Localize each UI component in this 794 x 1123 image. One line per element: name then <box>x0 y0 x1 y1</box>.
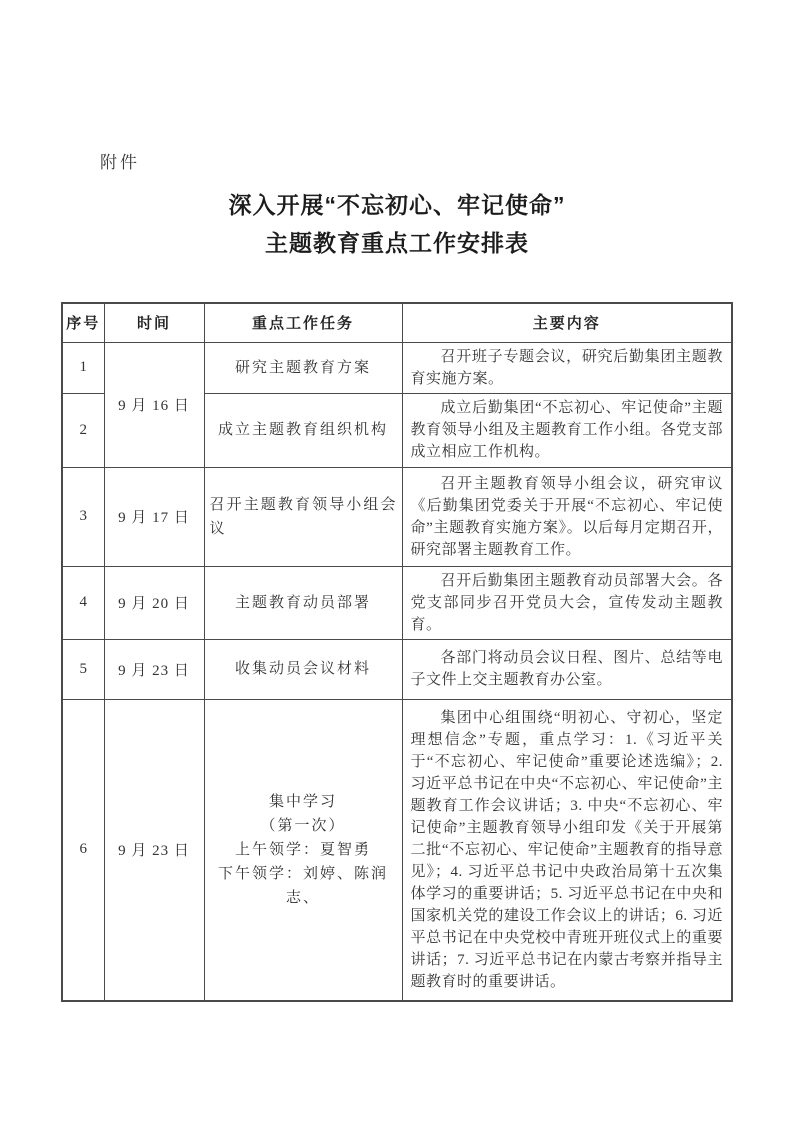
header-task: 重点工作任务 <box>204 303 402 342</box>
cell-content: 召开后勤集团主题教育动员部署大会。各党支部同步召开党员大会，宣传发动主题教育。 <box>402 566 732 639</box>
task-line-morning-leader: 上午领学：夏智勇 <box>210 838 397 862</box>
cell-content: 集团中心组围绕“明初心、守初心，坚定理想信念”专题，重点学习：1.《习近平关于“… <box>402 699 732 1001</box>
cell-task: 集中学习 （第一次） 上午领学：夏智勇 下午领学：刘婷、陈润志、 <box>204 699 402 1001</box>
title-line-1: 深入开展“不忘初心、牢记使命” <box>0 186 794 224</box>
header-time: 时间 <box>104 303 204 342</box>
table-header-row: 序号 时间 重点工作任务 主要内容 <box>62 303 732 342</box>
table-row: 3 9 月 17 日 召开主题教育领导小组会议 召开主题教育领导小组会议，研究审… <box>62 467 732 566</box>
cell-no: 5 <box>62 639 104 699</box>
task-line-session: （第一次） <box>210 814 397 838</box>
cell-no: 3 <box>62 467 104 566</box>
cell-task: 召开主题教育领导小组会议 <box>204 467 402 566</box>
cell-date: 9 月 20 日 <box>104 566 204 639</box>
cell-no: 1 <box>62 342 104 393</box>
cell-task: 研究主题教育方案 <box>204 342 402 393</box>
cell-no: 6 <box>62 699 104 1001</box>
cell-content: 成立后勤集团“不忘初心、牢记使命”主题教育领导小组及主题教育工作小组。各党支部成… <box>402 393 732 467</box>
table-row: 5 9 月 23 日 收集动员会议材料 各部门将动员会议日程、图片、总结等电子文… <box>62 639 732 699</box>
cell-content: 召开班子专题会议，研究后勤集团主题教育实施方案。 <box>402 342 732 393</box>
document-title: 深入开展“不忘初心、牢记使命” 主题教育重点工作安排表 <box>0 186 794 262</box>
cell-task: 主题教育动员部署 <box>204 566 402 639</box>
cell-no: 2 <box>62 393 104 467</box>
cell-date: 9 月 23 日 <box>104 639 204 699</box>
cell-date-merged: 9 月 16 日 <box>104 342 204 467</box>
cell-task: 成立主题教育组织机构 <box>204 393 402 467</box>
cell-task: 收集动员会议材料 <box>204 639 402 699</box>
cell-content: 召开主题教育领导小组会议，研究审议《后勤集团党委关于开展“不忘初心、牢记使命”主… <box>402 467 732 566</box>
table-row: 6 9 月 23 日 集中学习 （第一次） 上午领学：夏智勇 下午领学：刘婷、陈… <box>62 699 732 1001</box>
cell-date: 9 月 23 日 <box>104 699 204 1001</box>
table-row: 1 9 月 16 日 研究主题教育方案 召开班子专题会议，研究后勤集团主题教育实… <box>62 342 732 393</box>
header-no: 序号 <box>62 303 104 342</box>
cell-no: 4 <box>62 566 104 639</box>
cell-content: 各部门将动员会议日程、图片、总结等电子文件上交主题教育办公室。 <box>402 639 732 699</box>
cell-date: 9 月 17 日 <box>104 467 204 566</box>
task-line-afternoon-leader: 下午领学：刘婷、陈润志、 <box>210 862 397 910</box>
header-content: 主要内容 <box>402 303 732 342</box>
document-page: 附件 深入开展“不忘初心、牢记使命” 主题教育重点工作安排表 序号 时间 重点工… <box>0 0 794 1123</box>
task-line-study: 集中学习 <box>210 790 397 814</box>
table-row: 4 9 月 20 日 主题教育动员部署 召开后勤集团主题教育动员部署大会。各党支… <box>62 566 732 639</box>
title-line-2: 主题教育重点工作安排表 <box>0 224 794 262</box>
attachment-label: 附件 <box>100 148 140 173</box>
schedule-table: 序号 时间 重点工作任务 主要内容 1 9 月 16 日 研究主题教育方案 召开… <box>61 302 733 1002</box>
